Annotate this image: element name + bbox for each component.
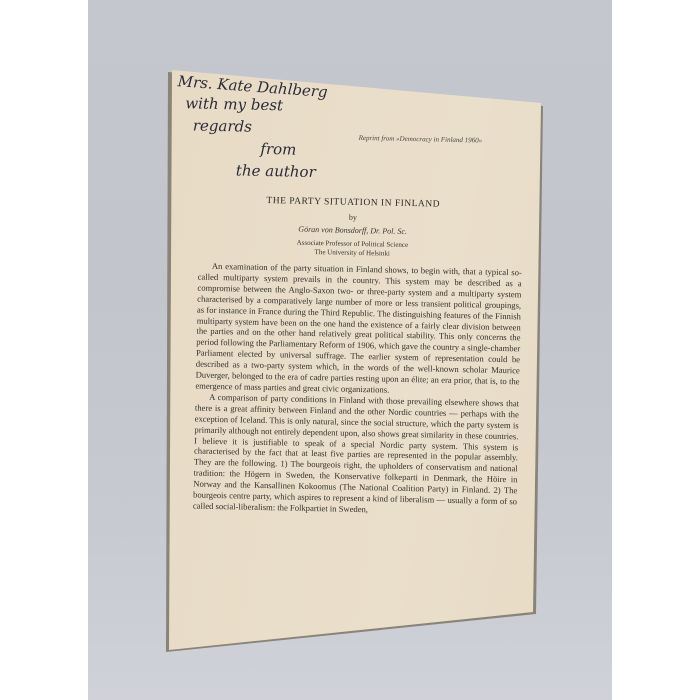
document-title: THE PARTY SITUATION IN FINLAND	[169, 194, 537, 212]
handwritten-inscription: Mrs. Kate Dahlberg with my best regards …	[174, 70, 329, 183]
author-affiliation: Associate Professor of Political Science…	[168, 236, 536, 262]
inscription-line: from	[260, 138, 327, 161]
paragraph: A comparison of party conditions in Finl…	[193, 391, 519, 518]
inscription-line: the author	[236, 159, 327, 183]
paragraph: An examination of the party situation in…	[195, 261, 522, 399]
document-page: Mrs. Kate Dahlberg with my best regards …	[160, 70, 540, 638]
body-text: An examination of the party situation in…	[193, 261, 522, 519]
inscription-line: regards	[193, 114, 328, 139]
reprint-note: Reprint from »Democracy in Finland 1960»	[359, 134, 483, 145]
